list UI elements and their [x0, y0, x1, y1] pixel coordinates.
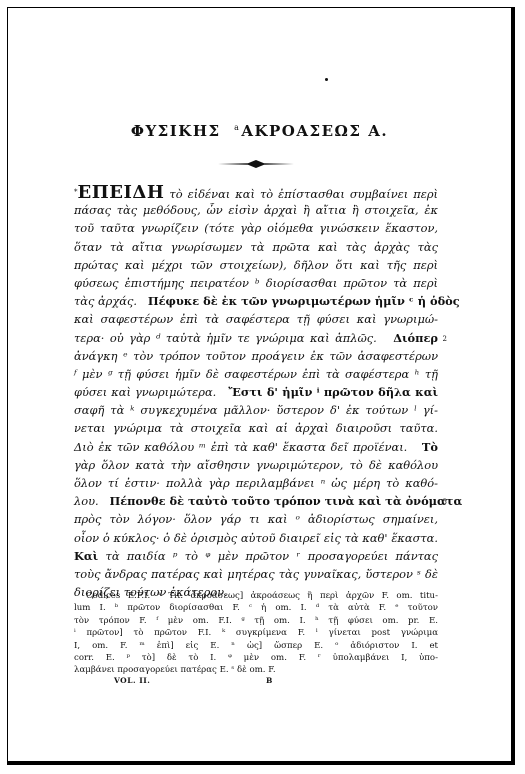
text-line: ᶠ μὲν ᵍ τῇ φύσει ἡμῖν δὲ σαφεστέρων ἐπὶ …	[74, 365, 438, 383]
text-line: ὅλον τί ἐστιν· πολλὰ γὰρ περιλαμβάνει ⁿ …	[74, 474, 438, 492]
text-line: τοὺς ἄνδρας πατέρας καὶ μητέρας τὰς γυνα…	[74, 565, 438, 583]
text-line: νεται γνώριμα τὰ στοιχεῖα καὶ αἱ ἀρχαὶ δ…	[74, 419, 438, 437]
text-line: λου. Πέπονθε δὲ ταὐτὸ τοῦτο τρόπον τινὰ …	[74, 492, 438, 510]
margin-number: 3	[443, 493, 447, 511]
text-line: Καὶ τὰ παιδία ᵖ τὸ ᵠ μὲν πρῶτον ʳ προσαγ…	[74, 547, 438, 565]
note-line: τὸν τρόπον F. ᶠ μὲν om. F.I. ᵍ τῇ om. I.…	[74, 615, 438, 627]
text-line: πάσας τὰς μεθόδους, ὧν εἰσὶν ἀρχαὶ ἢ αἴτ…	[74, 201, 438, 219]
text-line: σαφῆ τὰ ᵏ συγκεχυμένα μᾶλλον· ὕστερον δ'…	[74, 401, 438, 419]
page-title: ΦΥΣΙΚΗΣ aΑΚΡΟΑΣΕΩΣ Α.	[8, 122, 511, 140]
text-line: οἷον ὁ κύκλος· ὁ δὲ ὁρισμὸς αὐτοῦ διαιρε…	[74, 529, 438, 547]
note-line: corr. E. ᵖ τὸ] δὲ τὸ I. ᵠ μὲν om. F. ʳ ὑ…	[74, 652, 438, 664]
text-line: φύσει καὶ γνωριμώτερα. Ἔστι δ' ἡμῖν ⁱ πρ…	[74, 383, 438, 401]
note-line: lum I. ᵇ πρῶτον διορίσασθαι F. ᶜ ἡ om. I…	[74, 602, 438, 614]
text-line: τοῦ ταῦτα γνωρίζειν (τότε γὰρ οἰόμεθα γι…	[74, 219, 438, 237]
text-line: ὅταν τὰ αἴτια γνωρίσωμεν τὰ πρῶτα καὶ τὰ…	[74, 238, 438, 256]
text-line: τὰς ἀρχάς. Πέφυκε δὲ ἐκ τῶν γνωριμωτέρων…	[74, 292, 438, 310]
note-line: ⁱ πρῶτον] τὸ πρῶτον F.I. ᵏ συγκρίμενα F.…	[74, 627, 438, 639]
text-line: Διὸ ἐκ τῶν καθόλου ᵐ ἐπὶ τὰ καθ' ἕκαστα …	[74, 438, 438, 456]
margin-number: 2	[443, 330, 447, 348]
text-line: καὶ σαφεστέρων ἐπὶ τὰ σαφέστερα τῇ φύσει…	[74, 310, 438, 328]
opening-word: ΕΠΕΙΔΗ	[78, 182, 165, 203]
signature-mark: B	[266, 676, 272, 685]
text-line: γὰρ ὅλον κατὰ τὴν αἴσθησιν γνωριμώτερον,…	[74, 456, 438, 474]
book-page: ΦΥΣΙΚΗΣ aΑΚΡΟΑΣΕΩΣ Α. *ΕΠΕΙΔΗ τὸ εἰδέναι…	[7, 7, 515, 765]
title-footnote-marker: a	[234, 123, 240, 132]
title-prefix: ΦΥΣΙΚΗΣ	[131, 122, 221, 140]
diamond-rule-ornament-icon	[218, 158, 294, 170]
text-line: φύσεως ἐπιστήμης πειρατέον ᵇ διορίσασθαι…	[74, 274, 438, 292]
text-line: πρὸς τὸν λόγον· ὅλον γάρ τι καὶ ᵒ ἀδιορί…	[74, 510, 438, 528]
main-text: *ΕΠΕΙΔΗ τὸ εἰδέναι καὶ τὸ ἐπίστασθαι συμ…	[74, 183, 438, 601]
note-line: I, om. F. ᵐ ἐπὶ] εἰς E. ⁿ ὡς] ὥσπερ E. ᵒ…	[74, 640, 438, 652]
note-line: Codices E.F.I. ᵃ Tit. ἀκροάσεως] ἀκροάσε…	[74, 590, 438, 602]
text-line: τερα· οὐ γὰρ ᵈ ταὐτὰ ἡμῖν τε γνώριμα καὶ…	[74, 329, 438, 347]
note-line: λαμβάνει προσαγορεύει πατέρας E. ˢ δὲ om…	[74, 664, 438, 676]
title-main: ΑΚΡΟΑΣΕΩΣ Α.	[241, 122, 388, 140]
volume-label: VOL. II.	[114, 676, 150, 685]
text-line: ἀνάγκη ᵉ τὸν τρόπον τοῦτον προάγειν ἐκ τ…	[74, 347, 438, 365]
page-speck	[325, 78, 328, 81]
text-line: πρώτας καὶ μέχρι τῶν στοιχείων), δῆλον ὅ…	[74, 256, 438, 274]
text-line: *ΕΠΕΙΔΗ τὸ εἰδέναι καὶ τὸ ἐπίστασθαι συμ…	[74, 183, 438, 201]
critical-apparatus: Codices E.F.I. ᵃ Tit. ἀκροάσεως] ἀκροάσε…	[74, 590, 438, 677]
